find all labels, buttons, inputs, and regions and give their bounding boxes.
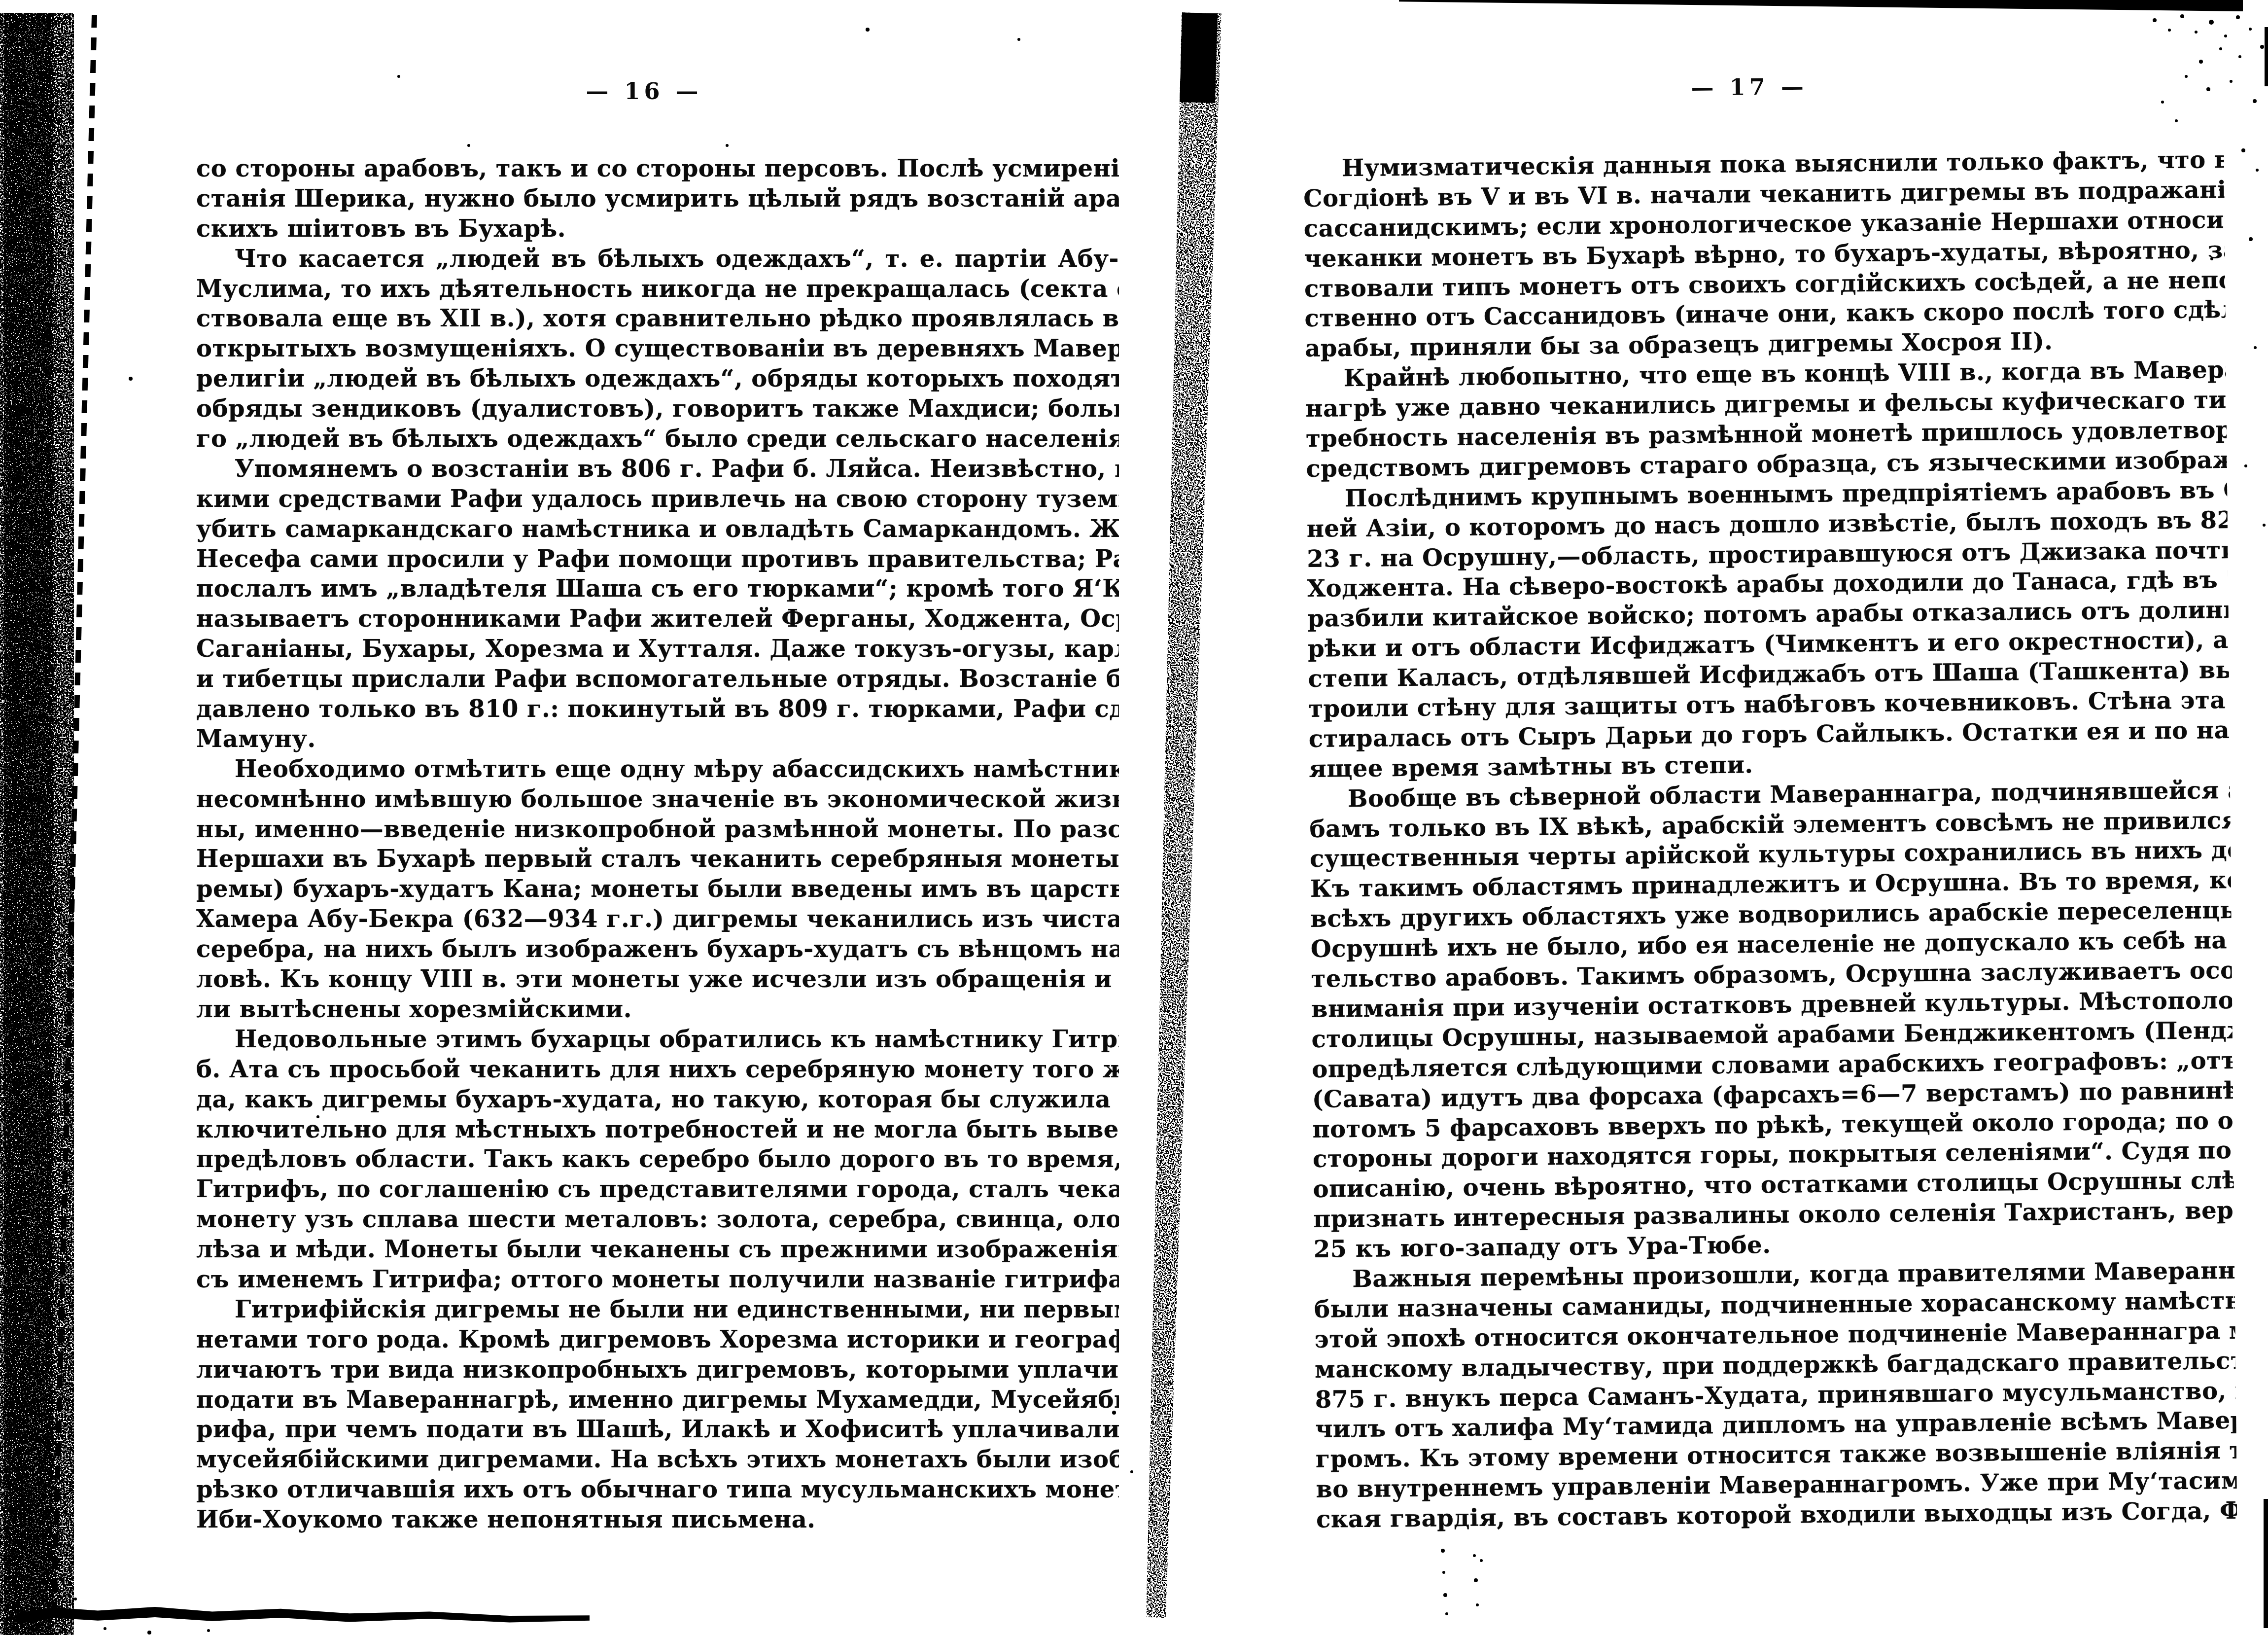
text-line: обряды зендиковъ (дуалистовъ), говоритъ … bbox=[196, 395, 1119, 425]
text-line: Упомянемъ о возстаніи въ 806 г. Рафи б. … bbox=[196, 455, 1119, 485]
page-body-16: со стороны арабовъ, такъ и со стороны пе… bbox=[196, 155, 1119, 1536]
text-line: предѣловъ области. Такъ какъ серебро был… bbox=[196, 1145, 1119, 1175]
text-line: ловѣ. Къ концу VIII в. эти монеты уже ис… bbox=[196, 965, 1119, 995]
text-line: ли вытѣснены хорезмійскими. bbox=[196, 995, 1119, 1026]
scan-artifact-gutter-shadow bbox=[1134, 12, 1221, 1618]
text-line: ключительно для мѣстныхъ потребностей и … bbox=[196, 1116, 1119, 1146]
text-line: и тибетцы прислали Рафи вспомогательные … bbox=[196, 665, 1119, 695]
text-line: называетъ сторонниками Рафи жителей Ферг… bbox=[196, 605, 1119, 635]
text-line: давлено только въ 810 г.: покинутый въ 8… bbox=[196, 695, 1119, 725]
page-number-16: — 16 — bbox=[196, 78, 1119, 112]
text-line: со стороны арабовъ, такъ и со стороны пе… bbox=[196, 155, 1119, 185]
text-line: убить самаркандскаго намѣстника и овладѣ… bbox=[196, 515, 1119, 545]
text-line: да, какъ дигремы бухаръ-худата, но такую… bbox=[196, 1086, 1119, 1116]
text-line: Несефа сами просили у Рафи помощи против… bbox=[196, 545, 1119, 575]
text-line: Нершахи въ Бухарѣ первый сталъ чеканить … bbox=[196, 845, 1119, 875]
page-16: — 16 — со стороны арабовъ, такъ и со сто… bbox=[196, 78, 1119, 1536]
text-line: ремы) бухаръ-худатъ Кана; монеты были вв… bbox=[196, 875, 1119, 905]
ink-specks-bottom bbox=[0, 0, 3, 3]
text-line: Необходимо отмѣтить еще одну мѣру абасси… bbox=[196, 755, 1119, 785]
scan-artifact-right-edge bbox=[2264, 1499, 2268, 1628]
text-line: Хамера Абу-Бекра (632—934 г.г.) дигремы … bbox=[196, 905, 1119, 935]
text-line: серебра, на нихъ былъ изображенъ бухаръ-… bbox=[196, 935, 1119, 965]
scan-artifact-right-edge-top bbox=[2265, 27, 2268, 86]
text-line: Саганіаны, Бухары, Хорезма и Хутталя. Да… bbox=[196, 635, 1119, 665]
text-line: открытыхъ возмущеніяхъ. О существованіи … bbox=[196, 335, 1119, 365]
book-scan-spread: — 16 — со стороны арабовъ, такъ и со сто… bbox=[0, 0, 2268, 1635]
page-number-17: — 17 — bbox=[1302, 69, 2224, 112]
text-line: нетами того рода. Кромѣ дигремовъ Хорезм… bbox=[196, 1326, 1119, 1356]
text-line: Муслима, то ихъ дѣятельность никогда не … bbox=[196, 275, 1119, 305]
text-line: лѣза и мѣди. Монеты были чеканены съ пре… bbox=[196, 1236, 1119, 1266]
scan-artifact-bottom-band bbox=[18, 1605, 590, 1629]
text-line: Что касается „людей въ бѣлыхъ одеждахъ“,… bbox=[196, 245, 1119, 275]
text-line: рифа, при чемъ подати въ Шашѣ, Илакѣ и Х… bbox=[196, 1416, 1119, 1446]
text-line: ствовала еще въ XII в.), хотя сравнитель… bbox=[196, 305, 1119, 335]
page-17: — 17 — Нумизматическія данныя пока выясн… bbox=[1302, 69, 2237, 1536]
text-line: религіи „людей въ бѣлыхъ одеждахъ“, обря… bbox=[196, 365, 1119, 395]
text-line: послалъ имъ „владѣтеля Шаша съ его тюрка… bbox=[196, 575, 1119, 605]
text-line: мусейябійскими дигремами. На всѣхъ этихъ… bbox=[196, 1446, 1119, 1476]
scan-artifact-top-edge-bar bbox=[1399, 0, 2243, 11]
text-line: го „людей въ бѣлыхъ одеждахъ“ было среди… bbox=[196, 425, 1119, 455]
text-line: рѣзко отличавшія ихъ отъ обычнаго типа м… bbox=[196, 1476, 1119, 1506]
text-line: монету узъ сплава шести металовъ: золота… bbox=[196, 1206, 1119, 1236]
text-line: кими средствами Рафи удалось привлечь на… bbox=[196, 485, 1119, 515]
text-line: ны, именно—введеніе низкопробной размѣнн… bbox=[196, 816, 1119, 846]
text-line: съ именемъ Гитрифа; оттого монеты получи… bbox=[196, 1266, 1119, 1296]
text-line: скихъ шіитовъ въ Бухарѣ. bbox=[196, 215, 1119, 245]
scan-artifact-left-band-core bbox=[4, 13, 53, 1635]
text-line: Недовольные этимъ бухарцы обратились къ … bbox=[196, 1026, 1119, 1056]
text-line: Гитрифъ, по соглашенію съ представителям… bbox=[196, 1175, 1119, 1206]
gutter-noise bbox=[1134, 12, 1221, 1618]
page-body-17: Нумизматическія данныя пока выяснили тол… bbox=[1303, 146, 2237, 1536]
text-line: несомнѣнно имѣвшую большое значеніе въ э… bbox=[196, 785, 1119, 816]
text-line: личаютъ три вида низкопробныхъ дигремовъ… bbox=[196, 1356, 1119, 1386]
text-line: Гитрифійскія дигремы не были ни единстве… bbox=[196, 1296, 1119, 1326]
text-line: подати въ Мавераннагрѣ, именно дигремы М… bbox=[196, 1386, 1119, 1416]
gutter-top-blob bbox=[1180, 12, 1218, 103]
text-line: станія Шерика, нужно было усмирить цѣлый… bbox=[196, 185, 1119, 215]
text-line: Иби-Хоукомо также непонятныя письмена. bbox=[196, 1506, 1119, 1536]
text-line: Мамуну. bbox=[196, 725, 1119, 755]
text-line: б. Ата съ просьбой чеканить для нихъ сер… bbox=[196, 1056, 1119, 1086]
